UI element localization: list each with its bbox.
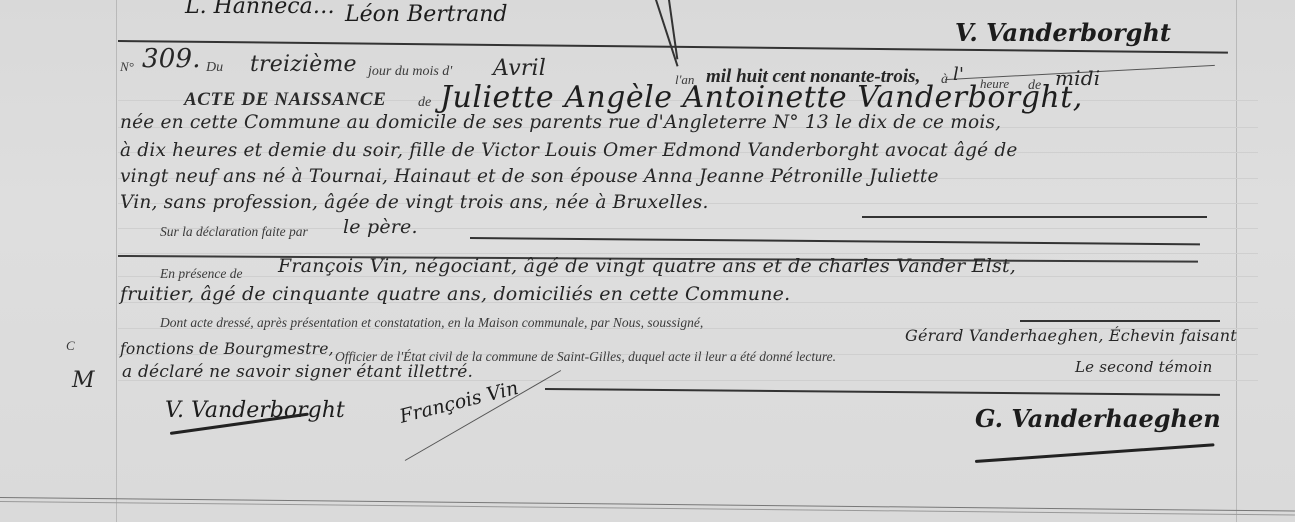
document-title: ACTE DE NAISSANCE bbox=[184, 89, 386, 111]
closing-printed-1: Dont acte dressé, après présentation et … bbox=[160, 315, 703, 331]
ruled-line bbox=[118, 253, 1258, 254]
label-du: Du bbox=[206, 60, 223, 76]
officer-name: Gérard Vanderhaeghen, Échevin faisant bbox=[905, 326, 1237, 345]
body-line-4: Vin, sans profession, âgée de vingt troi… bbox=[120, 192, 709, 213]
fill-line bbox=[470, 237, 1200, 245]
declaration-label: Sur la déclaration faite par bbox=[160, 224, 308, 240]
officer-signature: G. Vanderhaeghen bbox=[975, 404, 1221, 433]
presence-label: En présence de bbox=[160, 266, 242, 282]
register-page: L. Hanneca… Léon Bertrand V. Vanderborgh… bbox=[0, 0, 1295, 522]
month-value: Avril bbox=[493, 56, 546, 81]
presence-line-1: François Vin, négociant, âgé de vingt qu… bbox=[278, 255, 1016, 277]
record-number: 309. bbox=[142, 44, 201, 74]
record-number-label: N° bbox=[120, 59, 134, 75]
top-signature-1: L. Hanneca… bbox=[185, 0, 335, 19]
closing-hw-line3: a déclaré ne savoir signer étant illettr… bbox=[122, 362, 473, 382]
margin-c-mark: C bbox=[66, 338, 75, 354]
closing-hw-line2-start: fonctions de Bourgmestre, bbox=[120, 340, 334, 358]
fill-line bbox=[1020, 320, 1220, 322]
right-margin-rule bbox=[1236, 0, 1237, 522]
bottom-rule bbox=[0, 497, 1295, 512]
declaration-value: le père. bbox=[343, 216, 418, 238]
margin-scribble: M bbox=[72, 368, 95, 393]
title-de: de bbox=[418, 95, 431, 111]
closing-hw-line2-end: Le second témoin bbox=[1075, 358, 1212, 376]
body-line-3: vingt neuf ans né à Tournai, Hainaut et … bbox=[120, 166, 939, 187]
body-line-1: née en cette Commune au domicile de ses … bbox=[120, 112, 1001, 133]
top-signature-2: Léon Bertrand bbox=[345, 2, 507, 27]
presence-line-2: fruitier, âgé de cinquante quatre ans, d… bbox=[120, 283, 790, 305]
day-value: treizième bbox=[250, 52, 357, 77]
fill-line bbox=[545, 388, 1220, 396]
officer-signature-underline bbox=[975, 443, 1215, 463]
top-signature-3: V. Vanderborght bbox=[955, 18, 1171, 47]
label-jour-du-mois: jour du mois d' bbox=[368, 64, 452, 80]
fill-line bbox=[862, 216, 1207, 218]
left-margin-rule bbox=[116, 0, 117, 522]
body-line-2: à dix heures et demie du soir, fille de … bbox=[120, 140, 1018, 161]
witness-signature: François Vin bbox=[397, 377, 520, 428]
child-name: Juliette Angèle Antoinette Vanderborght, bbox=[440, 80, 1083, 115]
